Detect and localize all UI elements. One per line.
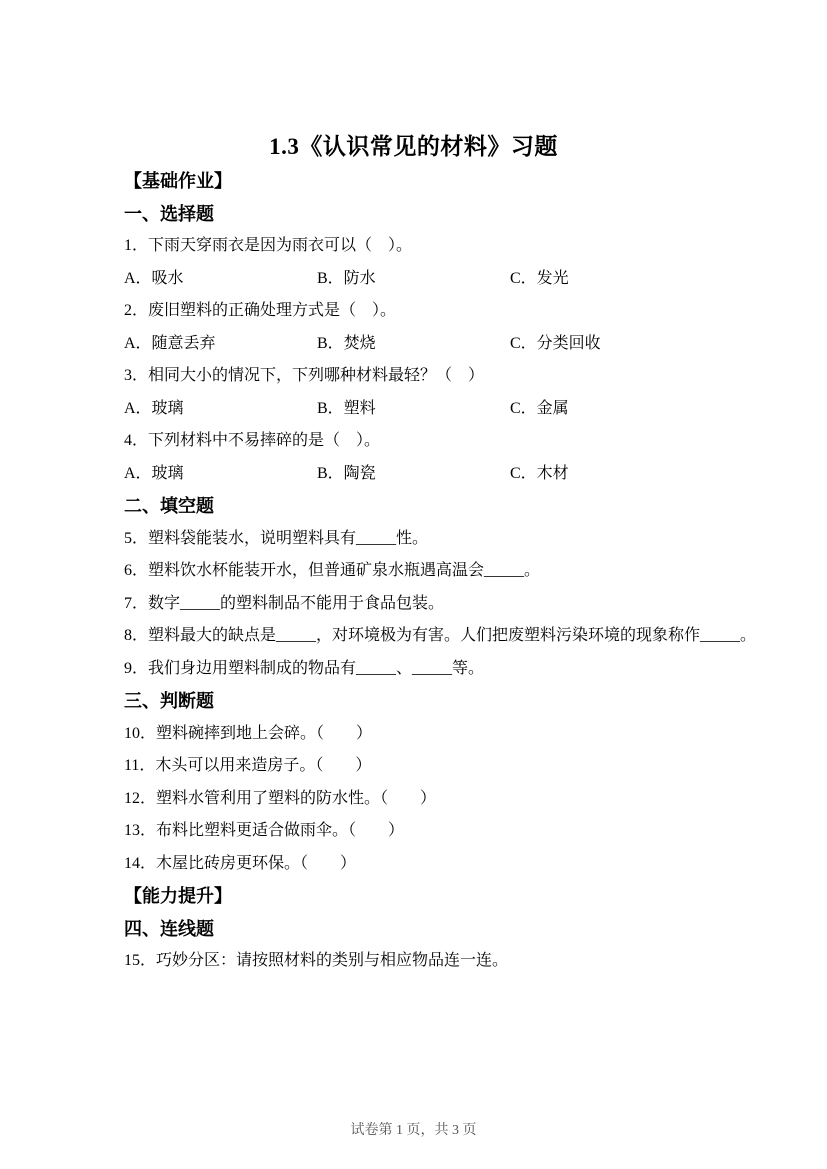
option-3b: B．塑料 bbox=[317, 399, 510, 418]
question-11-text: 11．木头可以用来造房子。（ ） bbox=[124, 756, 804, 789]
option-1c: C．发光 bbox=[510, 269, 569, 288]
question-3-options: A．玻璃B．塑料C．金属 bbox=[124, 399, 804, 432]
section-heading-judge: 三、判断题 bbox=[124, 691, 804, 724]
option-2b: B．焚烧 bbox=[317, 334, 510, 353]
question-14-text: 14．木屋比砖房更环保。（ ） bbox=[124, 854, 804, 887]
worksheet-body: 【基础作业】 一、选择题 1．下雨天穿雨衣是因为雨衣可以（ ）。 A．吸水B．防… bbox=[124, 171, 804, 984]
option-4c: C．木材 bbox=[510, 464, 569, 483]
page-title: 1.3《认识常见的材料》习题 bbox=[0, 128, 827, 161]
question-12-text: 12．塑料水管利用了塑料的防水性。（ ） bbox=[124, 789, 804, 822]
section-heading-match: 四、连线题 bbox=[124, 919, 804, 952]
option-2c: C．分类回收 bbox=[510, 334, 601, 353]
question-9-text: 9．我们身边用塑料制成的物品有_____、_____等。 bbox=[124, 659, 804, 692]
question-2-text: 2．废旧塑料的正确处理方式是（ ）。 bbox=[124, 301, 804, 334]
page-number-footer: 试卷第 1 页，共 3 页 bbox=[0, 1119, 827, 1139]
section-label-ability: 【能力提升】 bbox=[124, 886, 804, 919]
question-1-options: A．吸水B．防水C．发光 bbox=[124, 269, 804, 302]
option-2a: A．随意丢弃 bbox=[124, 334, 317, 353]
question-8-text: 8．塑料最大的缺点是_____，对环境极为有害。人们把废塑料污染环境的现象称作_… bbox=[124, 626, 804, 659]
question-1-text: 1．下雨天穿雨衣是因为雨衣可以（ ）。 bbox=[124, 236, 804, 269]
option-1a: A．吸水 bbox=[124, 269, 317, 288]
question-6-text: 6．塑料饮水杯能装开水，但普通矿泉水瓶遇高温会_____。 bbox=[124, 561, 804, 594]
section-label-basic: 【基础作业】 bbox=[124, 171, 804, 204]
section-heading-fill: 二、填空题 bbox=[124, 496, 804, 529]
question-4-text: 4．下列材料中不易摔碎的是（ ）。 bbox=[124, 431, 804, 464]
option-4b: B．陶瓷 bbox=[317, 464, 510, 483]
question-7-text: 7．数字_____的塑料制品不能用于食品包装。 bbox=[124, 594, 804, 627]
question-2-options: A．随意丢弃B．焚烧C．分类回收 bbox=[124, 334, 804, 367]
option-3c: C．金属 bbox=[510, 399, 569, 418]
question-13-text: 13．布料比塑料更适合做雨伞。（ ） bbox=[124, 821, 804, 854]
option-1b: B．防水 bbox=[317, 269, 510, 288]
question-3-text: 3．相同大小的情况下，下列哪种材料最轻？（ ） bbox=[124, 366, 804, 399]
option-3a: A．玻璃 bbox=[124, 399, 317, 418]
question-10-text: 10．塑料碗摔到地上会碎。（ ） bbox=[124, 724, 804, 757]
question-5-text: 5．塑料袋能装水，说明塑料具有_____性。 bbox=[124, 529, 804, 562]
option-4a: A．玻璃 bbox=[124, 464, 317, 483]
worksheet-page: 1.3《认识常见的材料》习题 【基础作业】 一、选择题 1．下雨天穿雨衣是因为雨… bbox=[0, 0, 827, 1169]
question-15-text: 15．巧妙分区：请按照材料的类别与相应物品连一连。 bbox=[124, 951, 804, 984]
section-heading-choice: 一、选择题 bbox=[124, 204, 804, 237]
question-4-options: A．玻璃B．陶瓷C．木材 bbox=[124, 464, 804, 497]
